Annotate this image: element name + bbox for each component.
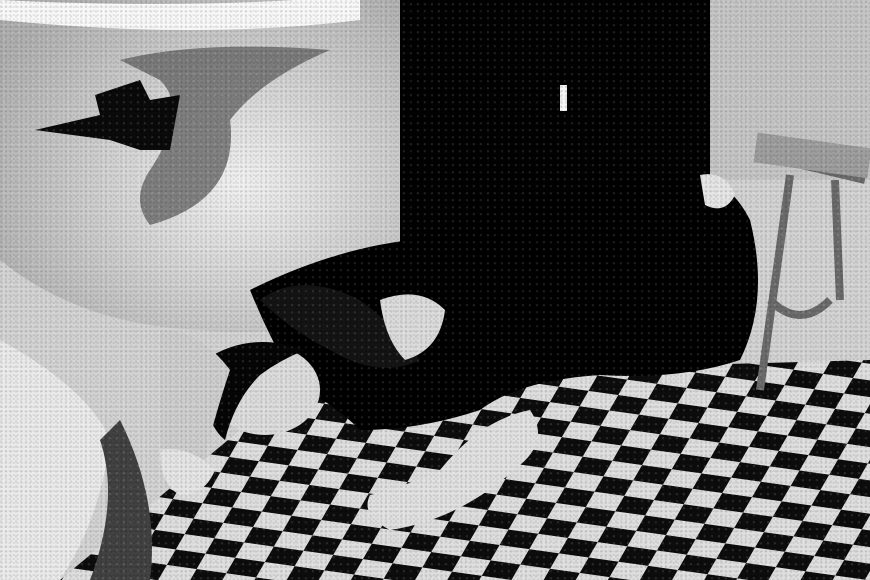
scene bbox=[0, 0, 870, 580]
photograph bbox=[0, 0, 870, 580]
